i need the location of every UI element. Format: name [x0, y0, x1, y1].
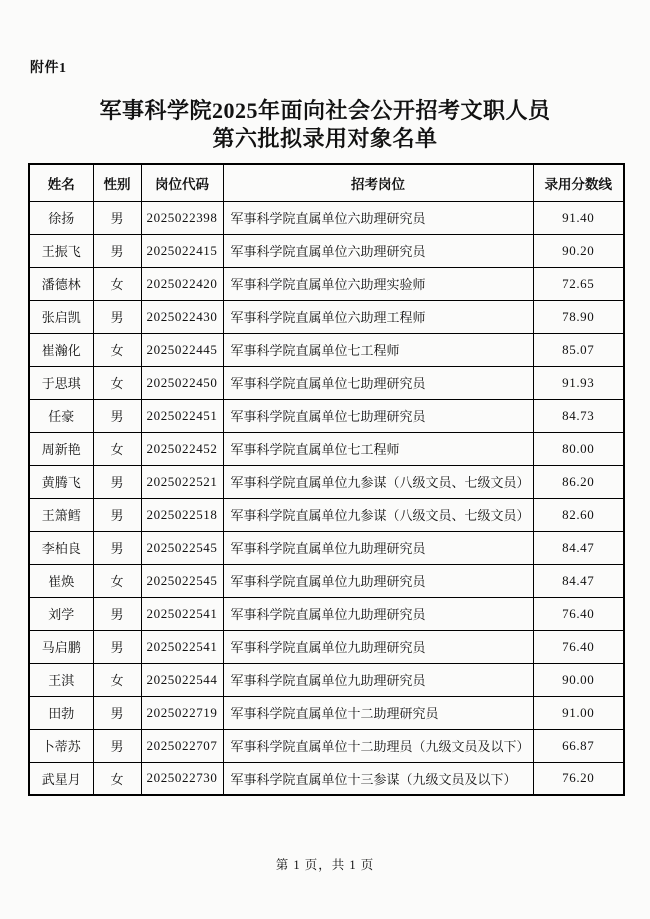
document-title: 军事科学院2025年面向社会公开招考文职人员 第六批拟录用对象名单	[0, 97, 650, 153]
cell-score-line: 90.00	[533, 663, 624, 696]
cell-score-line: 91.40	[533, 201, 624, 234]
title-line-1: 军事科学院2025年面向社会公开招考文职人员	[0, 97, 650, 125]
cell-position-code: 2025022450	[141, 366, 223, 399]
cell-name: 武星月	[29, 762, 93, 795]
cell-name: 周新艳	[29, 432, 93, 465]
cell-gender: 男	[93, 597, 141, 630]
cell-name: 黄腾飞	[29, 465, 93, 498]
cell-position-code: 2025022398	[141, 201, 223, 234]
cell-gender: 男	[93, 729, 141, 762]
table-row: 马启鹏 男 2025022541 军事科学院直属单位九助理研究员 76.40	[29, 630, 624, 663]
cell-position-code: 2025022707	[141, 729, 223, 762]
table-row: 张启凯 男 2025022430 军事科学院直属单位六助理工程师 78.90	[29, 300, 624, 333]
cell-score-line: 76.40	[533, 597, 624, 630]
cell-gender: 男	[93, 201, 141, 234]
column-header-recruitment-position: 招考岗位	[223, 164, 533, 201]
cell-position-code: 2025022445	[141, 333, 223, 366]
cell-name: 卜蒂苏	[29, 729, 93, 762]
cell-score-line: 72.65	[533, 267, 624, 300]
cell-position-title: 军事科学院直属单位六助理研究员	[223, 201, 533, 234]
column-header-name: 姓名	[29, 164, 93, 201]
cell-position-title: 军事科学院直属单位九助理研究员	[223, 564, 533, 597]
cell-gender: 女	[93, 267, 141, 300]
cell-position-title: 军事科学院直属单位九参谋（八级文员、七级文员）	[223, 498, 533, 531]
cell-score-line: 78.90	[533, 300, 624, 333]
table-row: 黄腾飞 男 2025022521 军事科学院直属单位九参谋（八级文员、七级文员）…	[29, 465, 624, 498]
cell-name: 崔焕	[29, 564, 93, 597]
column-header-position-code: 岗位代码	[141, 164, 223, 201]
table-row: 周新艳 女 2025022452 军事科学院直属单位七工程师 80.00	[29, 432, 624, 465]
cell-score-line: 76.20	[533, 762, 624, 795]
table-row: 于思琪 女 2025022450 军事科学院直属单位七助理研究员 91.93	[29, 366, 624, 399]
cell-position-title: 军事科学院直属单位九助理研究员	[223, 663, 533, 696]
cell-name: 王振飞	[29, 234, 93, 267]
cell-position-title: 军事科学院直属单位十二助理员（九级文员及以下）	[223, 729, 533, 762]
cell-position-title: 军事科学院直属单位九助理研究员	[223, 597, 533, 630]
cell-position-code: 2025022452	[141, 432, 223, 465]
cell-gender: 女	[93, 432, 141, 465]
cell-position-title: 军事科学院直属单位十三参谋（九级文员及以下）	[223, 762, 533, 795]
table-row: 刘学 男 2025022541 军事科学院直属单位九助理研究员 76.40	[29, 597, 624, 630]
cell-name: 任豪	[29, 399, 93, 432]
table-row: 崔瀚化 女 2025022445 军事科学院直属单位七工程师 85.07	[29, 333, 624, 366]
cell-score-line: 91.93	[533, 366, 624, 399]
cell-position-title: 军事科学院直属单位十二助理研究员	[223, 696, 533, 729]
cell-gender: 女	[93, 762, 141, 795]
cell-position-title: 军事科学院直属单位七工程师	[223, 333, 533, 366]
title-line-2: 第六批拟录用对象名单	[0, 125, 650, 153]
cell-position-title: 军事科学院直属单位七助理研究员	[223, 399, 533, 432]
cell-position-title: 军事科学院直属单位六助理工程师	[223, 300, 533, 333]
cell-position-code: 2025022420	[141, 267, 223, 300]
cell-score-line: 84.73	[533, 399, 624, 432]
recruitment-roster-table: 姓名 性别 岗位代码 招考岗位 录用分数线 徐扬 男 2025022398 军事…	[28, 163, 625, 796]
cell-score-line: 84.47	[533, 564, 624, 597]
cell-score-line: 85.07	[533, 333, 624, 366]
table-row: 武星月 女 2025022730 军事科学院直属单位十三参谋（九级文员及以下） …	[29, 762, 624, 795]
cell-score-line: 86.20	[533, 465, 624, 498]
cell-position-code: 2025022719	[141, 696, 223, 729]
cell-gender: 女	[93, 333, 141, 366]
cell-position-title: 军事科学院直属单位六助理实验师	[223, 267, 533, 300]
cell-name: 田勃	[29, 696, 93, 729]
table-row: 田勃 男 2025022719 军事科学院直属单位十二助理研究员 91.00	[29, 696, 624, 729]
cell-name: 刘学	[29, 597, 93, 630]
cell-position-code: 2025022541	[141, 630, 223, 663]
cell-position-title: 军事科学院直属单位九助理研究员	[223, 531, 533, 564]
cell-position-title: 军事科学院直属单位七助理研究员	[223, 366, 533, 399]
cell-position-code: 2025022521	[141, 465, 223, 498]
cell-position-title: 军事科学院直属单位六助理研究员	[223, 234, 533, 267]
cell-position-title: 军事科学院直属单位九助理研究员	[223, 630, 533, 663]
cell-gender: 女	[93, 366, 141, 399]
cell-position-title: 军事科学院直属单位九参谋（八级文员、七级文员）	[223, 465, 533, 498]
cell-gender: 男	[93, 234, 141, 267]
cell-score-line: 76.40	[533, 630, 624, 663]
cell-gender: 男	[93, 399, 141, 432]
cell-position-code: 2025022541	[141, 597, 223, 630]
table-row: 徐扬 男 2025022398 军事科学院直属单位六助理研究员 91.40	[29, 201, 624, 234]
cell-score-line: 91.00	[533, 696, 624, 729]
table-body: 徐扬 男 2025022398 军事科学院直属单位六助理研究员 91.40 王振…	[29, 201, 624, 795]
cell-name: 张启凯	[29, 300, 93, 333]
table-row: 卜蒂苏 男 2025022707 军事科学院直属单位十二助理员（九级文员及以下）…	[29, 729, 624, 762]
cell-position-title: 军事科学院直属单位七工程师	[223, 432, 533, 465]
cell-name: 王箫鳕	[29, 498, 93, 531]
cell-score-line: 80.00	[533, 432, 624, 465]
cell-gender: 男	[93, 465, 141, 498]
cell-score-line: 90.20	[533, 234, 624, 267]
cell-position-code: 2025022545	[141, 531, 223, 564]
column-header-score-line: 录用分数线	[533, 164, 624, 201]
cell-gender: 女	[93, 663, 141, 696]
table-row: 潘德林 女 2025022420 军事科学院直属单位六助理实验师 72.65	[29, 267, 624, 300]
page-number-footer: 第 1 页，共 1 页	[0, 855, 650, 873]
cell-name: 崔瀚化	[29, 333, 93, 366]
document-page: 附件1 军事科学院2025年面向社会公开招考文职人员 第六批拟录用对象名单 姓名…	[0, 0, 650, 919]
cell-gender: 女	[93, 564, 141, 597]
cell-position-code: 2025022545	[141, 564, 223, 597]
cell-position-code: 2025022518	[141, 498, 223, 531]
cell-gender: 男	[93, 630, 141, 663]
table-row: 王淇 女 2025022544 军事科学院直属单位九助理研究员 90.00	[29, 663, 624, 696]
cell-gender: 男	[93, 696, 141, 729]
cell-position-code: 2025022415	[141, 234, 223, 267]
table-row: 王箫鳕 男 2025022518 军事科学院直属单位九参谋（八级文员、七级文员）…	[29, 498, 624, 531]
cell-gender: 男	[93, 498, 141, 531]
cell-name: 徐扬	[29, 201, 93, 234]
attachment-label: 附件1	[30, 57, 67, 77]
table-header-row: 姓名 性别 岗位代码 招考岗位 录用分数线	[29, 164, 624, 201]
table-row: 李柏良 男 2025022545 军事科学院直属单位九助理研究员 84.47	[29, 531, 624, 564]
cell-gender: 男	[93, 531, 141, 564]
cell-name: 马启鹏	[29, 630, 93, 663]
table-row: 任豪 男 2025022451 军事科学院直属单位七助理研究员 84.73	[29, 399, 624, 432]
cell-position-code: 2025022451	[141, 399, 223, 432]
cell-score-line: 82.60	[533, 498, 624, 531]
column-header-gender: 性别	[93, 164, 141, 201]
table-row: 王振飞 男 2025022415 军事科学院直属单位六助理研究员 90.20	[29, 234, 624, 267]
cell-score-line: 84.47	[533, 531, 624, 564]
cell-position-code: 2025022730	[141, 762, 223, 795]
cell-position-code: 2025022430	[141, 300, 223, 333]
cell-position-code: 2025022544	[141, 663, 223, 696]
cell-name: 潘德林	[29, 267, 93, 300]
table-row: 崔焕 女 2025022545 军事科学院直属单位九助理研究员 84.47	[29, 564, 624, 597]
cell-name: 李柏良	[29, 531, 93, 564]
cell-gender: 男	[93, 300, 141, 333]
cell-name: 于思琪	[29, 366, 93, 399]
cell-score-line: 66.87	[533, 729, 624, 762]
cell-name: 王淇	[29, 663, 93, 696]
